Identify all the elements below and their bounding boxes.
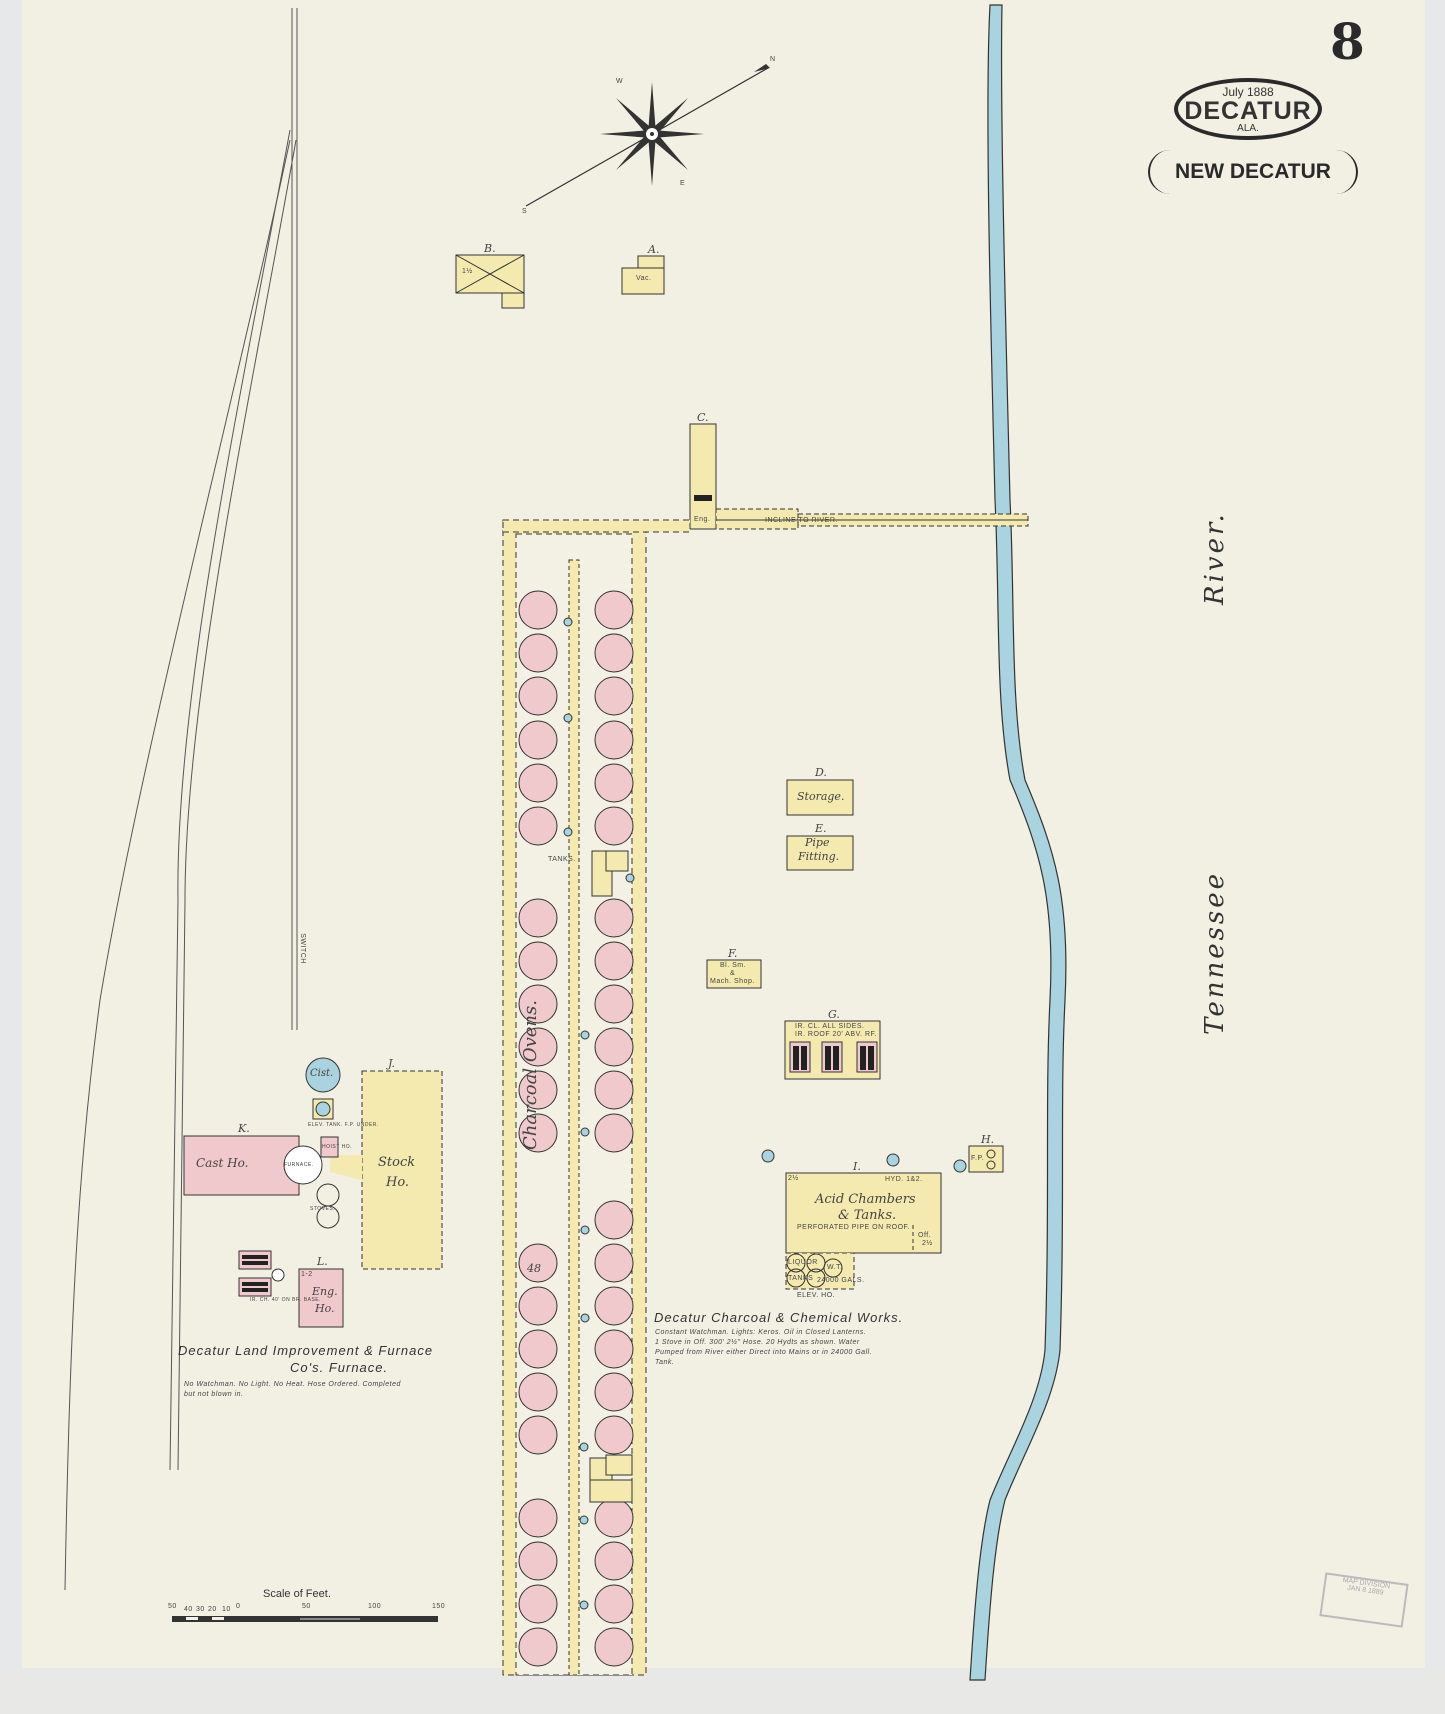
boilers [239,1251,284,1296]
building-h-letter: H. [981,1133,994,1146]
hoist-house-label: HOIST HO. [322,1144,352,1150]
sheet-number: 8 [1330,12,1365,71]
city-cartouche: July 1888 DECATUR ALA. [1174,78,1322,140]
compass-south: S [522,208,527,215]
building-l-use-2: Ho. [315,1302,335,1315]
sanborn-map-canvas [0,0,1445,1714]
scale-tick-0: 0 [236,1603,240,1610]
paper-edge-right [1425,0,1445,1714]
building-i-use-1: Acid Chambers [815,1192,916,1207]
paper-edge-left [0,0,22,1714]
building-f-letter: F. [728,947,737,960]
tanks-label: TANKS [788,1275,813,1282]
building-h-use: F.P. [971,1155,984,1162]
building-f-use-1: Bl. Sm. [720,962,746,969]
stoves-label: STOVES. [310,1206,335,1212]
building-d-use: Storage. [797,790,844,803]
boilers-note: IR. CH. 40' ON BR. BASE. [250,1297,321,1303]
river-name-1: Tennessee [1200,871,1230,1035]
scale-bar [172,1616,438,1622]
building-j [362,1071,442,1269]
furnace-co-title-1: Decatur Land Improvement & Furnace [178,1343,433,1358]
liquor-tank: LIQUOR [788,1259,818,1266]
compass-east: E [680,180,685,187]
elev-tank-label: ELEV. TANK. F.P. UNDER. [308,1122,379,1128]
elevator-house: ELEV. HO. [797,1292,835,1299]
building-l-letter: L. [317,1255,328,1268]
building-e-letter: E. [815,822,827,835]
building-i-office-stories: 2½ [922,1240,933,1247]
switch-label: SWITCH [299,933,306,964]
scale-tick-40: 40 [184,1606,193,1613]
scale-title: Scale of Feet. [263,1588,331,1600]
charcoal-ovens-label: Charcoal Ovens. [520,1000,541,1150]
tank-capacity: 24000 GALS. [817,1277,865,1284]
building-a-use: Vac. [636,275,652,282]
scale-tick-150: 150 [432,1603,445,1610]
building-g-letter: G. [828,1008,840,1021]
building-e-use-1: Pipe [805,836,829,849]
furnace-co-note-1: No Watchman. No Light. No Heat. Hose Ord… [184,1380,401,1390]
building-i-stories: 2½ [788,1175,799,1182]
tennessee-river [970,5,1066,1680]
building-g-note-2: IR. ROOF 20' ABV. RF. [795,1031,877,1038]
scale-tick-50: 50 [302,1603,311,1610]
sheet-subtitle: NEW DECATUR [1148,150,1358,194]
building-i-note: PERFORATED PIPE ON ROOF. [797,1224,910,1231]
building-j-use-1: Stock [378,1155,415,1170]
building-i [786,1173,941,1289]
compass-rose-icon [526,64,770,206]
building-c-incline [690,424,1028,529]
building-j-use-2: Ho. [386,1175,409,1190]
building-b [456,255,524,308]
chemical-works-note-3: Pumped from River either Direct into Mai… [655,1348,872,1358]
compass-north: N [770,56,776,63]
building-i-letter: I. [853,1160,861,1173]
incline-label: INCLINE TO RIVER. [765,517,838,524]
water-tank: W.T. [827,1264,843,1271]
chemical-works-note-2: 1 Stove in Off. 300' 2½" Hose. 20 Hydts … [655,1338,860,1348]
scale-tick-50l: 50 [168,1603,177,1610]
building-l-stories: 1-2 [301,1271,313,1278]
building-k-use: Cast Ho. [196,1156,248,1170]
ovens-count: 48 [527,1262,541,1275]
building-i-office: Off. [918,1232,931,1239]
building-d-letter: D. [815,766,827,779]
building-b-use: 1½ [462,268,473,275]
building-f-use-2: & [730,970,735,977]
city-name: DECATUR [1178,99,1318,123]
building-c-letter: C. [697,411,709,424]
building-b-letter: B. [484,242,496,255]
furnace-co-title-2: Co's. Furnace. [290,1360,388,1375]
building-j-letter: J. [388,1057,395,1070]
building-a-letter: A. [648,243,659,256]
scale-tick-20: 20 [208,1606,217,1613]
building-e-use-2: Fitting. [798,850,839,863]
scale-tick-30: 30 [196,1606,205,1613]
building-f-use-3: Mach. Shop. [710,978,755,985]
furnace-label: FURNACE. [284,1162,314,1168]
chemical-works-note-1: Constant Watchman. Lights: Keros. Oil in… [655,1328,866,1338]
chemical-works-note-4: Tank. [655,1358,674,1368]
building-c-use: Eng. [694,516,710,523]
furnace-co-note-2: but not blown in. [184,1390,243,1400]
oven-tanks-label: TANKS. [548,856,576,863]
compass-west: W [616,78,623,85]
building-i-hydrant-note: HYD. 1&2. [885,1176,923,1183]
building-k-letter: K. [238,1122,250,1135]
chemical-works-title: Decatur Charcoal & Chemical Works. [654,1310,903,1325]
scale-tick-10: 10 [222,1606,231,1613]
building-i-use-2: & Tanks. [838,1208,896,1223]
paper-edge-bottom [0,1668,1445,1714]
cistern-label: Cist. [310,1068,333,1079]
river-name-2: River. [1200,511,1230,605]
building-g-note-1: IR. CL. ALL SIDES. [795,1023,864,1030]
scale-tick-100: 100 [368,1603,381,1610]
